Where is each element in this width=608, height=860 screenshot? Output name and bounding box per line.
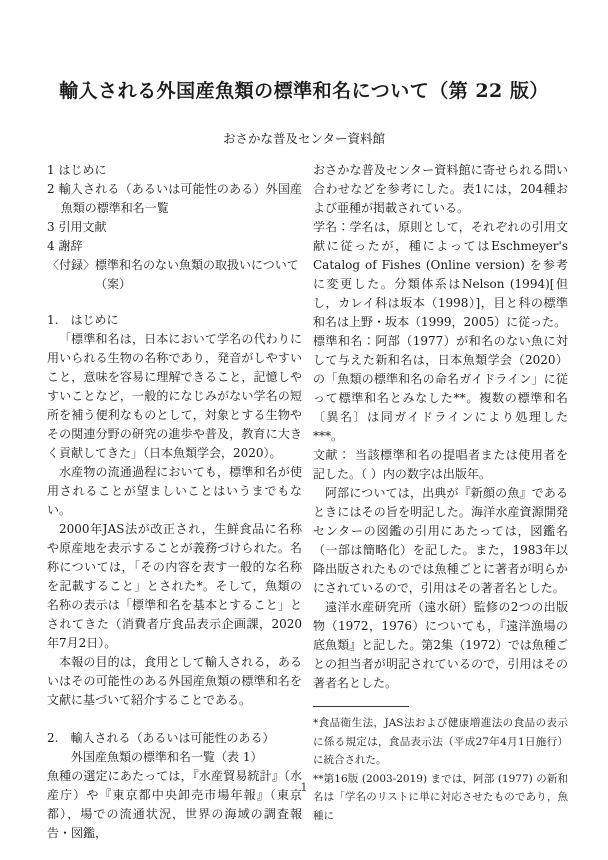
footnote-2: **第16版 (2003-2019) までは，阿部 (1977) の新和名は「学… (313, 770, 568, 826)
footnote-block: *食品衛生法，JAS法および健康増進法の食品の表示に係る規定は，食品表示法（平成… (313, 706, 568, 825)
toc-item-1: 1 はじめに (47, 161, 302, 180)
paragraph-standard-japanese-name: 標準和名：阿部（1977）が和名のない魚に対して与えた新和名は，日本魚類学会（2… (313, 332, 568, 446)
toc-item-appendix: 〈付録〉標準和名のない魚類の取扱いについて (47, 256, 302, 275)
left-column: 1 はじめに 2 輸入される（あるいは可能性のある）外国産魚類の標準和名一覧 3… (47, 161, 302, 843)
document-page: 輸入される外国産魚類の標準和名について（第 22 版） おさかな普及センター資料… (0, 0, 608, 860)
paragraph: 「標準和名は，日本において学名の代わりに用いられる生物の名称であり，発音がしやす… (47, 330, 302, 463)
toc-item-2: 2 輸入される（あるいは可能性のある）外国産魚類の標準和名一覧 (47, 180, 302, 218)
page-title: 輸入される外国産魚類の標準和名について（第 22 版） (0, 76, 608, 103)
paragraph: 魚種の選定にあたっては，『水産貿易統計』（水産庁）や『東京都中央卸売市場年報』（… (47, 767, 302, 843)
section-2-heading-line1: 2. 輸入される（あるいは可能性のある） (47, 729, 302, 748)
paragraph: 遠洋水産研究所（遠水研）監修の2つの出版物（1972，1976）についても，『遠… (313, 598, 568, 693)
paragraph: 阿部については，出典が『新顔の魚』であるときにはその旨を明記した。海洋水産資源開… (313, 484, 568, 598)
footnote-1: *食品衛生法，JAS法および健康増進法の食品の表示に係る規定は，食品表示法（平成… (313, 714, 568, 770)
right-column: おさかな普及センター資料館に寄せられる問い合わせなどを参考にした。表1には，20… (313, 161, 568, 843)
footnote-separator (313, 706, 409, 707)
paragraph-literature: 文献： 当該標準和名の提唱者または使用者を記した。（ ）内の数字は出版年。 (313, 446, 568, 484)
toc-item-appendix-draft: （案） (47, 275, 302, 294)
toc-item-3: 3 引用文献 (47, 218, 302, 237)
section-1-heading: 1. はじめに (47, 311, 302, 330)
paragraph: 本報の目的は，食用として輸入される，あるいはその可能性のある外国産魚類の標準和名… (47, 653, 302, 710)
toc-item-4: 4 謝辞 (47, 237, 302, 256)
paragraph: 2000年JAS法が改正され，生鮮食品に名称や原産地を表示することが義務づけられ… (47, 520, 302, 653)
two-column-body: 1 はじめに 2 輸入される（あるいは可能性のある）外国産魚類の標準和名一覧 3… (47, 161, 568, 843)
paragraph: おさかな普及センター資料館に寄せられる問い合わせなどを参考にした。表1には，20… (313, 161, 568, 218)
table-of-contents: 1 はじめに 2 輸入される（あるいは可能性のある）外国産魚類の標準和名一覧 3… (47, 161, 302, 294)
author-affiliation: おさかな普及センター資料館 (0, 129, 608, 147)
paragraph-scientific-name: 学名：学名は，原則として，それぞれの引用文献に従ったが，種によってはEschme… (313, 218, 568, 332)
paragraph: 水産物の流通過程においても，標準和名が使用されることが望ましいことはいうまでもな… (47, 463, 302, 520)
section-2-heading-line2: 外国産魚類の標準和名一覧（表 1） (47, 748, 302, 767)
page-number: 1 (0, 781, 608, 794)
